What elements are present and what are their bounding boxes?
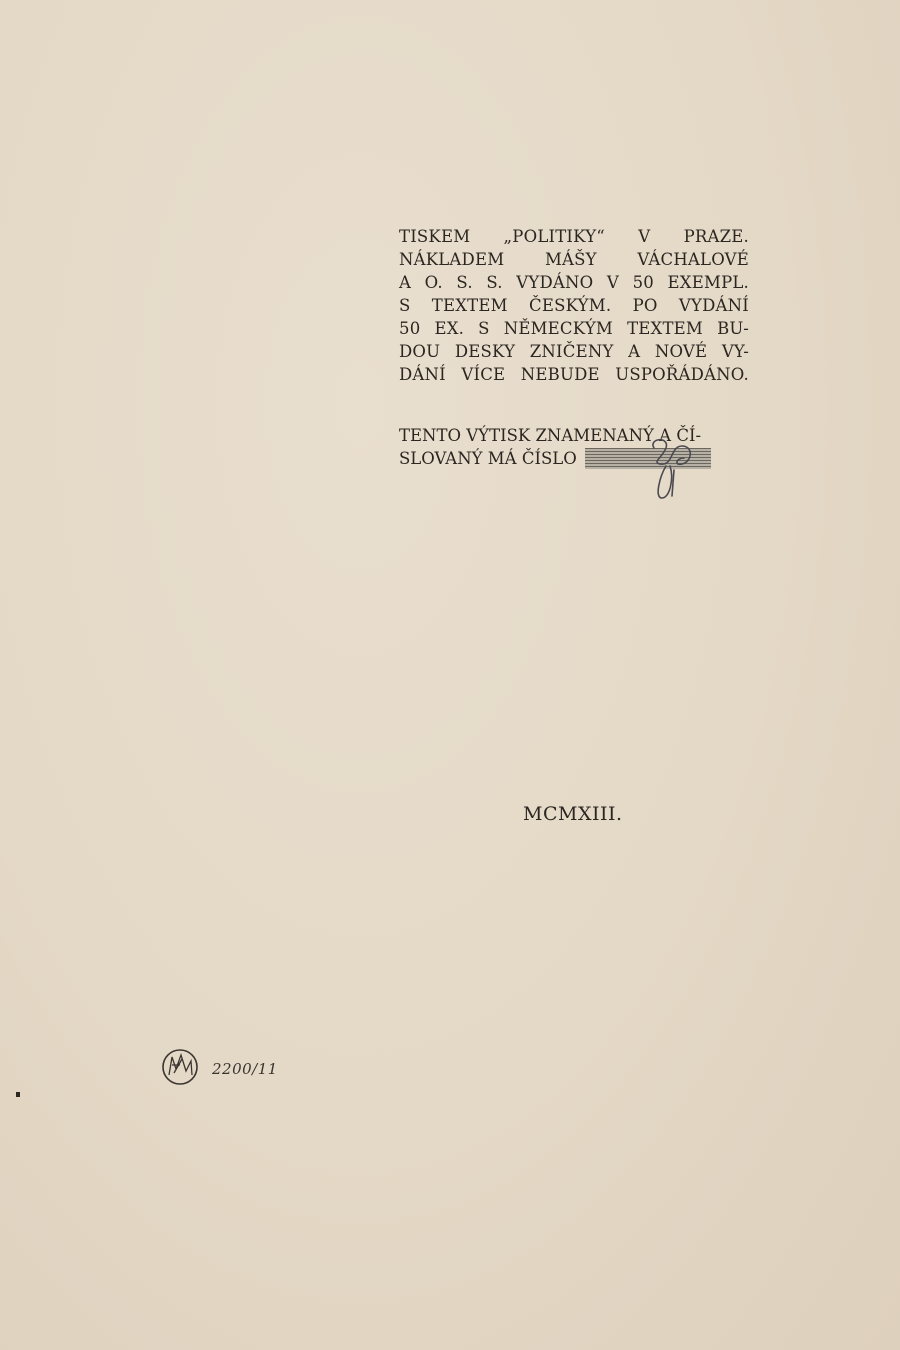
colophon-line: S TEXTEM ČESKÝM. PO VYDÁNÍ	[399, 294, 749, 317]
handwritten-number-signature: 30	[640, 436, 710, 502]
ink-speck	[16, 1092, 20, 1097]
book-page: TISKEM „POLITIKY“ V PRAZE. NÁKLADEM MÁŠY…	[0, 0, 900, 1350]
numbering-line-2: SLOVANÝ MÁ ČÍSLO	[399, 447, 577, 470]
inventory-number: 2200/11	[212, 1060, 278, 1078]
colophon-line: TISKEM „POLITIKY“ V PRAZE.	[399, 225, 749, 248]
colophon-line: DOU DESKY ZNIČENY A NOVÉ VY-	[399, 340, 749, 363]
colophon-text: TISKEM „POLITIKY“ V PRAZE. NÁKLADEM MÁŠY…	[399, 225, 749, 386]
monogram-stamp-icon	[160, 1047, 200, 1087]
colophon-line: 50 EX. S NĚMECKÝM TEXTEM BU-	[399, 317, 749, 340]
colophon-line: NÁKLADEM MÁŠY VÁCHALOVÉ	[399, 248, 749, 271]
colophon-line: A O. S. S. VYDÁNO V 50 EXEMPL.	[399, 271, 749, 294]
publication-year: MCMXIII.	[523, 803, 623, 825]
colophon-line: DÁNÍ VÍCE NEBUDE USPOŘÁDÁNO.	[399, 363, 749, 386]
